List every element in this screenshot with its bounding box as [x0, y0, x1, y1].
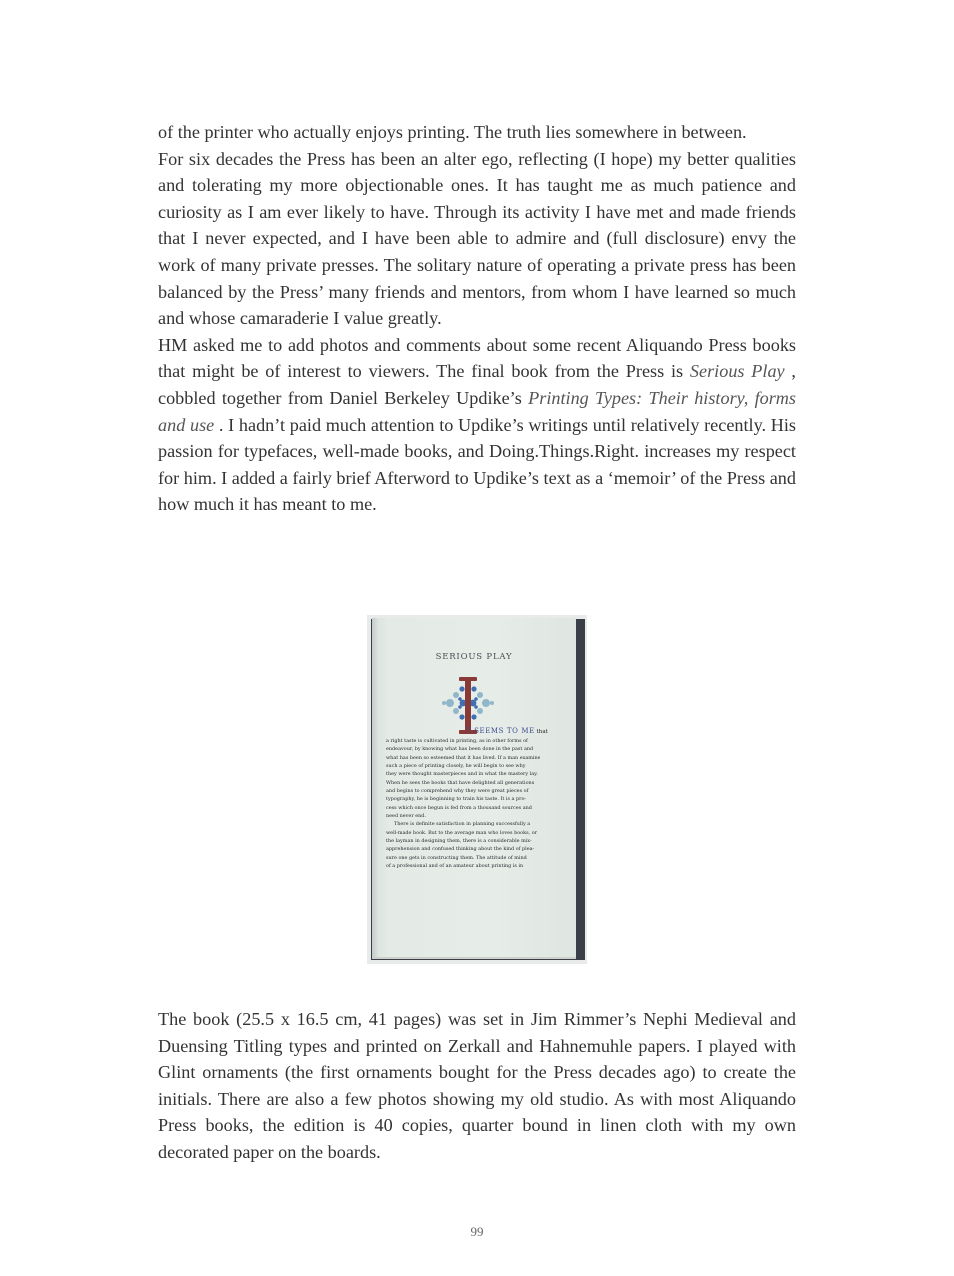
opening-small-caps: T SEEMS TO ME — [466, 727, 535, 735]
body-text-bottom: The book (25.5 x 16.5 cm, 41 pages) was … — [158, 1006, 796, 1166]
book-line: endeavour, by knowing what has been done… — [386, 745, 540, 753]
book-line: the layman in designing them, there is a… — [386, 837, 540, 845]
book-title-serious-play: Serious Play — [690, 361, 785, 381]
paragraph-book-details: The book (25.5 x 16.5 cm, 41 pages) was … — [158, 1006, 796, 1166]
paragraph-serious-play: HM asked me to add photos and comments a… — [158, 332, 796, 518]
book-line: such a piece of printing closely, he wil… — [386, 762, 540, 770]
book-line: need never end. — [386, 812, 540, 820]
book-line: typography, he is beginning to train his… — [386, 795, 540, 803]
book-line: and begins to comprehend why they were g… — [386, 787, 540, 795]
book-line: There is definite satisfaction in planni… — [386, 820, 540, 828]
book-line: what has been so esteemed that it has li… — [386, 754, 540, 762]
book-line: sure one gets in constructing them. The … — [386, 854, 540, 862]
book-line: a right taste is cultivated in printing,… — [386, 737, 540, 745]
paragraph-six-decades: For six decades the Press has been an al… — [158, 146, 796, 332]
book-page-text: a right taste is cultivated in printing,… — [386, 737, 540, 871]
book-running-title: SERIOUS PLAY — [372, 652, 576, 662]
paragraph-printer-truth: of the printer who actually enjoys print… — [158, 119, 796, 146]
book-page-photo: SERIOUS PLAY T SEEMS TO ME that a ri — [367, 615, 587, 964]
page-gutter — [372, 618, 380, 957]
book-line: they were thought masterpieces and in wh… — [386, 770, 540, 778]
book-line: When he sees the books that have delight… — [386, 779, 540, 787]
opening-rest: that — [535, 729, 548, 735]
book-page-leaf: SERIOUS PLAY T SEEMS TO ME that a ri — [372, 618, 576, 959]
opening-line: T SEEMS TO ME that — [466, 727, 548, 735]
page-number: 99 — [0, 1224, 954, 1240]
book-line: well-made book. But to the average man w… — [386, 829, 540, 837]
text-run: . I hadn’t paid much attention to Updike… — [158, 415, 796, 515]
book-line: of a professional and of an amateur abou… — [386, 862, 540, 870]
book-line: apprehension and confused thinking about… — [386, 845, 540, 853]
book-line: cess which once begun is fed from a thou… — [386, 804, 540, 812]
ornamental-initial-icon — [438, 675, 498, 735]
body-text-top: of the printer who actually enjoys print… — [158, 119, 796, 518]
